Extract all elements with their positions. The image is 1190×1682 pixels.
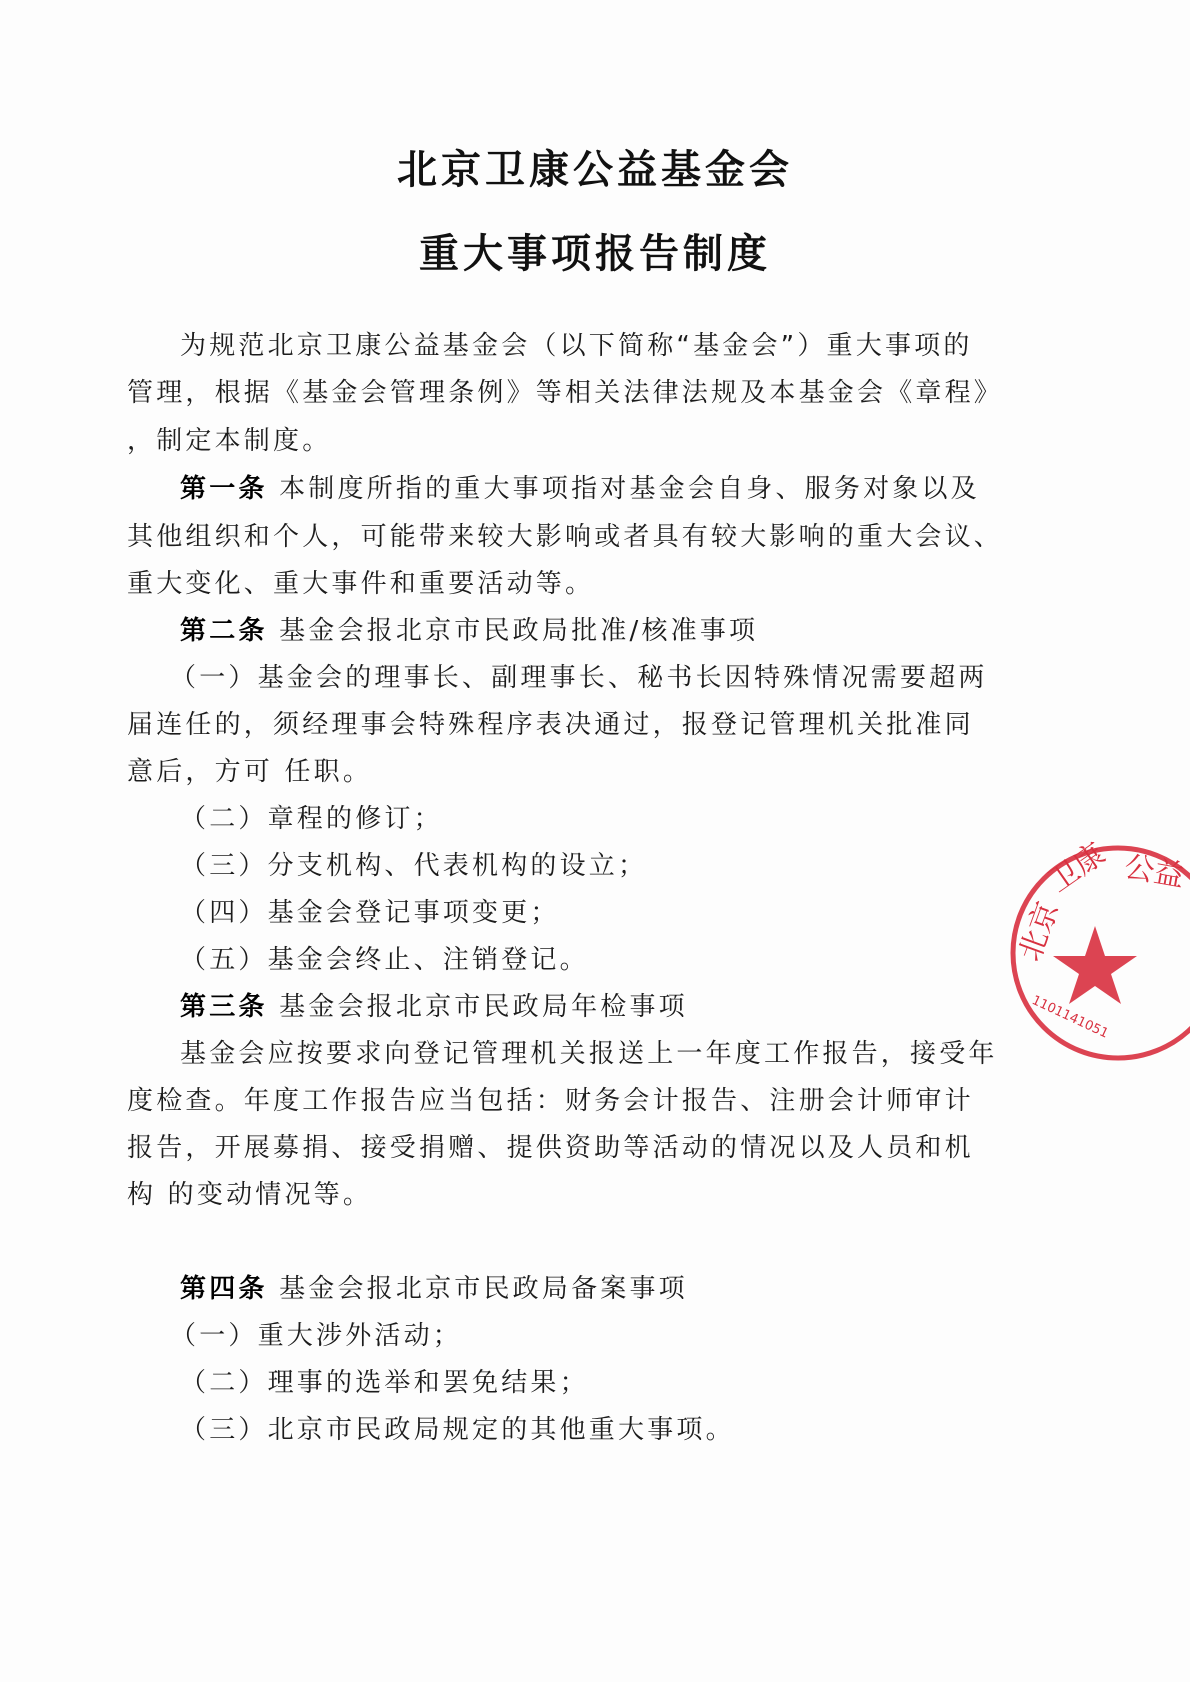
article-2-item2: （二）章程的修订； (180, 798, 443, 835)
article-4-item1: （一）重大涉外活动； (170, 1315, 462, 1352)
article-3-heading: 第三条 (180, 992, 268, 1022)
article-2-heading: 第二条 (180, 616, 268, 646)
article-4-item2: （二）理事的选举和罢免结果； (180, 1362, 589, 1399)
article-2-item5: （五）基金会终止、注销登记。 (180, 939, 589, 976)
article-2-intro: 基金会报北京市民政局批准/核准事项 (279, 616, 758, 646)
article-2-item1-line1: （一）基金会的理事长、副理事长、秘书长因特殊情况需要超两 (170, 657, 988, 694)
article-2-intro-line: 第二条 基金会报北京市民政局批准/核准事项 (180, 610, 758, 647)
article-1-line-1: 第一条 本制度所指的重大事项指对基金会自身、服务对象以及 (180, 468, 980, 505)
article-4-intro: 基金会报北京市民政局备案事项 (279, 1274, 688, 1304)
article-1-line-2: 其他组织和个人，可能带来较大影响或者具有较大影响的重大会议、 (127, 516, 1003, 553)
article-3-intro: 基金会报北京市民政局年检事项 (279, 992, 688, 1022)
article-1-heading: 第一条 (180, 474, 268, 504)
svg-text:1101141051: 1101141051 (1029, 993, 1110, 1042)
article-1-text: 本制度所指的重大事项指对基金会自身、服务对象以及 (279, 474, 980, 504)
article-3-line-4: 构 的变动情况等。 (127, 1174, 372, 1211)
article-2-item4: （四）基金会登记事项变更； (180, 892, 560, 929)
article-2-item3: （三）分支机构、代表机构的设立； (180, 845, 647, 882)
article-4-heading: 第四条 (180, 1274, 268, 1304)
preamble-line-2: 管理，根据《基金会管理条例》等相关法律法规及本基金会《章程》 (127, 372, 1003, 409)
article-3-intro-line: 第三条 基金会报北京市民政局年检事项 (180, 986, 688, 1023)
article-3-line-1: 基金会应按要求向登记管理机关报送上一年度工作报告，接受年 (180, 1033, 998, 1070)
preamble-line-3: ，制定本制度。 (127, 420, 331, 457)
article-3-line-3: 报告，开展募捐、接受捐赠、提供资助等活动的情况以及人员和机 (127, 1127, 974, 1164)
article-3-line-2: 度检查。年度工作报告应当包括：财务会计报告、注册会计师审计 (127, 1080, 974, 1117)
article-4-intro-line: 第四条 基金会报北京市民政局备案事项 (180, 1268, 688, 1305)
document-title-line1: 北京卫康公益基金会 (0, 138, 1190, 195)
article-2-item1-line2: 届连任的，须经理事会特殊程序表决通过，报登记管理机关批准同 (127, 704, 974, 741)
document-title-line2: 重大事项报告制度 (0, 222, 1190, 279)
article-2-item1-line3: 意后，方可 任职。 (127, 751, 372, 788)
svg-text:公益: 公益 (1122, 849, 1187, 894)
article-1-line-3: 重大变化、重大事件和重要活动等。 (127, 563, 594, 600)
official-seal-icon: 北京 卫康 公益 1101141051 (1003, 838, 1190, 1068)
preamble-line-1: 为规范北京卫康公益基金会（以下简称“基金会”）重大事项的 (180, 325, 973, 362)
article-4-item3: （三）北京市民政局规定的其他重大事项。 (180, 1409, 735, 1446)
